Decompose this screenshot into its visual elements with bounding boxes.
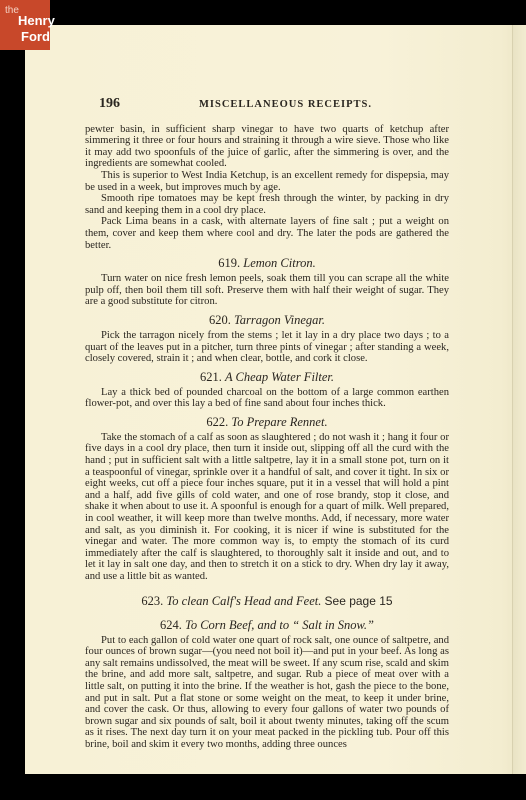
recipe-title: To Corn Beef, and to “ Salt in Snow.” xyxy=(185,618,374,632)
recipe-number: 619. xyxy=(218,256,240,270)
recipe-title: A Cheap Water Filter. xyxy=(225,370,334,384)
recipe-number: 622. xyxy=(206,415,228,429)
running-title: MISCELLANEOUS RECEIPTS. xyxy=(199,99,372,111)
intro-paragraph: Smooth ripe tomatoes may be kept fresh t… xyxy=(85,193,449,216)
recipe-heading-622: 622. To Prepare Rennet. xyxy=(85,415,449,429)
recipe-heading-620: 620. Tarragon Vinegar. xyxy=(85,313,449,327)
logo-text-the: the xyxy=(5,6,19,16)
logo-text-henry: Henry xyxy=(18,14,55,27)
recipe-heading-624: 624. To Corn Beef, and to “ Salt in Snow… xyxy=(85,618,449,632)
recipe-number: 623. xyxy=(141,594,163,608)
recipe-text: Lay a thick bed of pounded charcoal on t… xyxy=(85,387,449,410)
page-content: 196 MISCELLANEOUS RECEIPTS. pewter basin… xyxy=(85,98,449,751)
henry-ford-logo: the Henry Ford xyxy=(0,0,50,50)
recipe-heading-619: 619. Lemon Citron. xyxy=(85,256,449,270)
recipe-text: Put to each gallon of cold water one qua… xyxy=(85,635,449,751)
recipe-heading-621: 621. A Cheap Water Filter. xyxy=(85,370,449,384)
recipe-text: Turn water on nice fresh lemon peels, so… xyxy=(85,273,449,308)
page-number: 196 xyxy=(85,98,199,110)
page-reference: See page 15 xyxy=(325,594,393,608)
recipe-number: 620. xyxy=(209,313,231,327)
intro-paragraph: This is superior to West India Ketchup, … xyxy=(85,170,449,193)
logo-text-ford: Ford xyxy=(21,30,50,43)
recipe-heading-623: 623. To clean Calf's Head and Feet. See … xyxy=(85,594,449,608)
intro-paragraph: pewter basin, in sufficient sharp vinega… xyxy=(85,124,449,170)
recipe-number: 621. xyxy=(200,370,222,384)
recipe-text: Take the stomach of a calf as soon as sl… xyxy=(85,432,449,583)
intro-paragraph: Pack Lima beans in a cask, with alternat… xyxy=(85,216,449,251)
recipe-text: Pick the tarragon nicely from the stems … xyxy=(85,330,449,365)
recipe-title: Tarragon Vinegar. xyxy=(234,313,325,327)
recipe-number: 624. xyxy=(160,618,182,632)
recipe-title: To clean Calf's Head and Feet. xyxy=(166,594,321,608)
recipe-title: To Prepare Rennet. xyxy=(231,415,327,429)
recipe-title: Lemon Citron. xyxy=(243,256,315,270)
facing-page-edge xyxy=(513,25,526,774)
running-header: 196 MISCELLANEOUS RECEIPTS. xyxy=(85,98,449,111)
